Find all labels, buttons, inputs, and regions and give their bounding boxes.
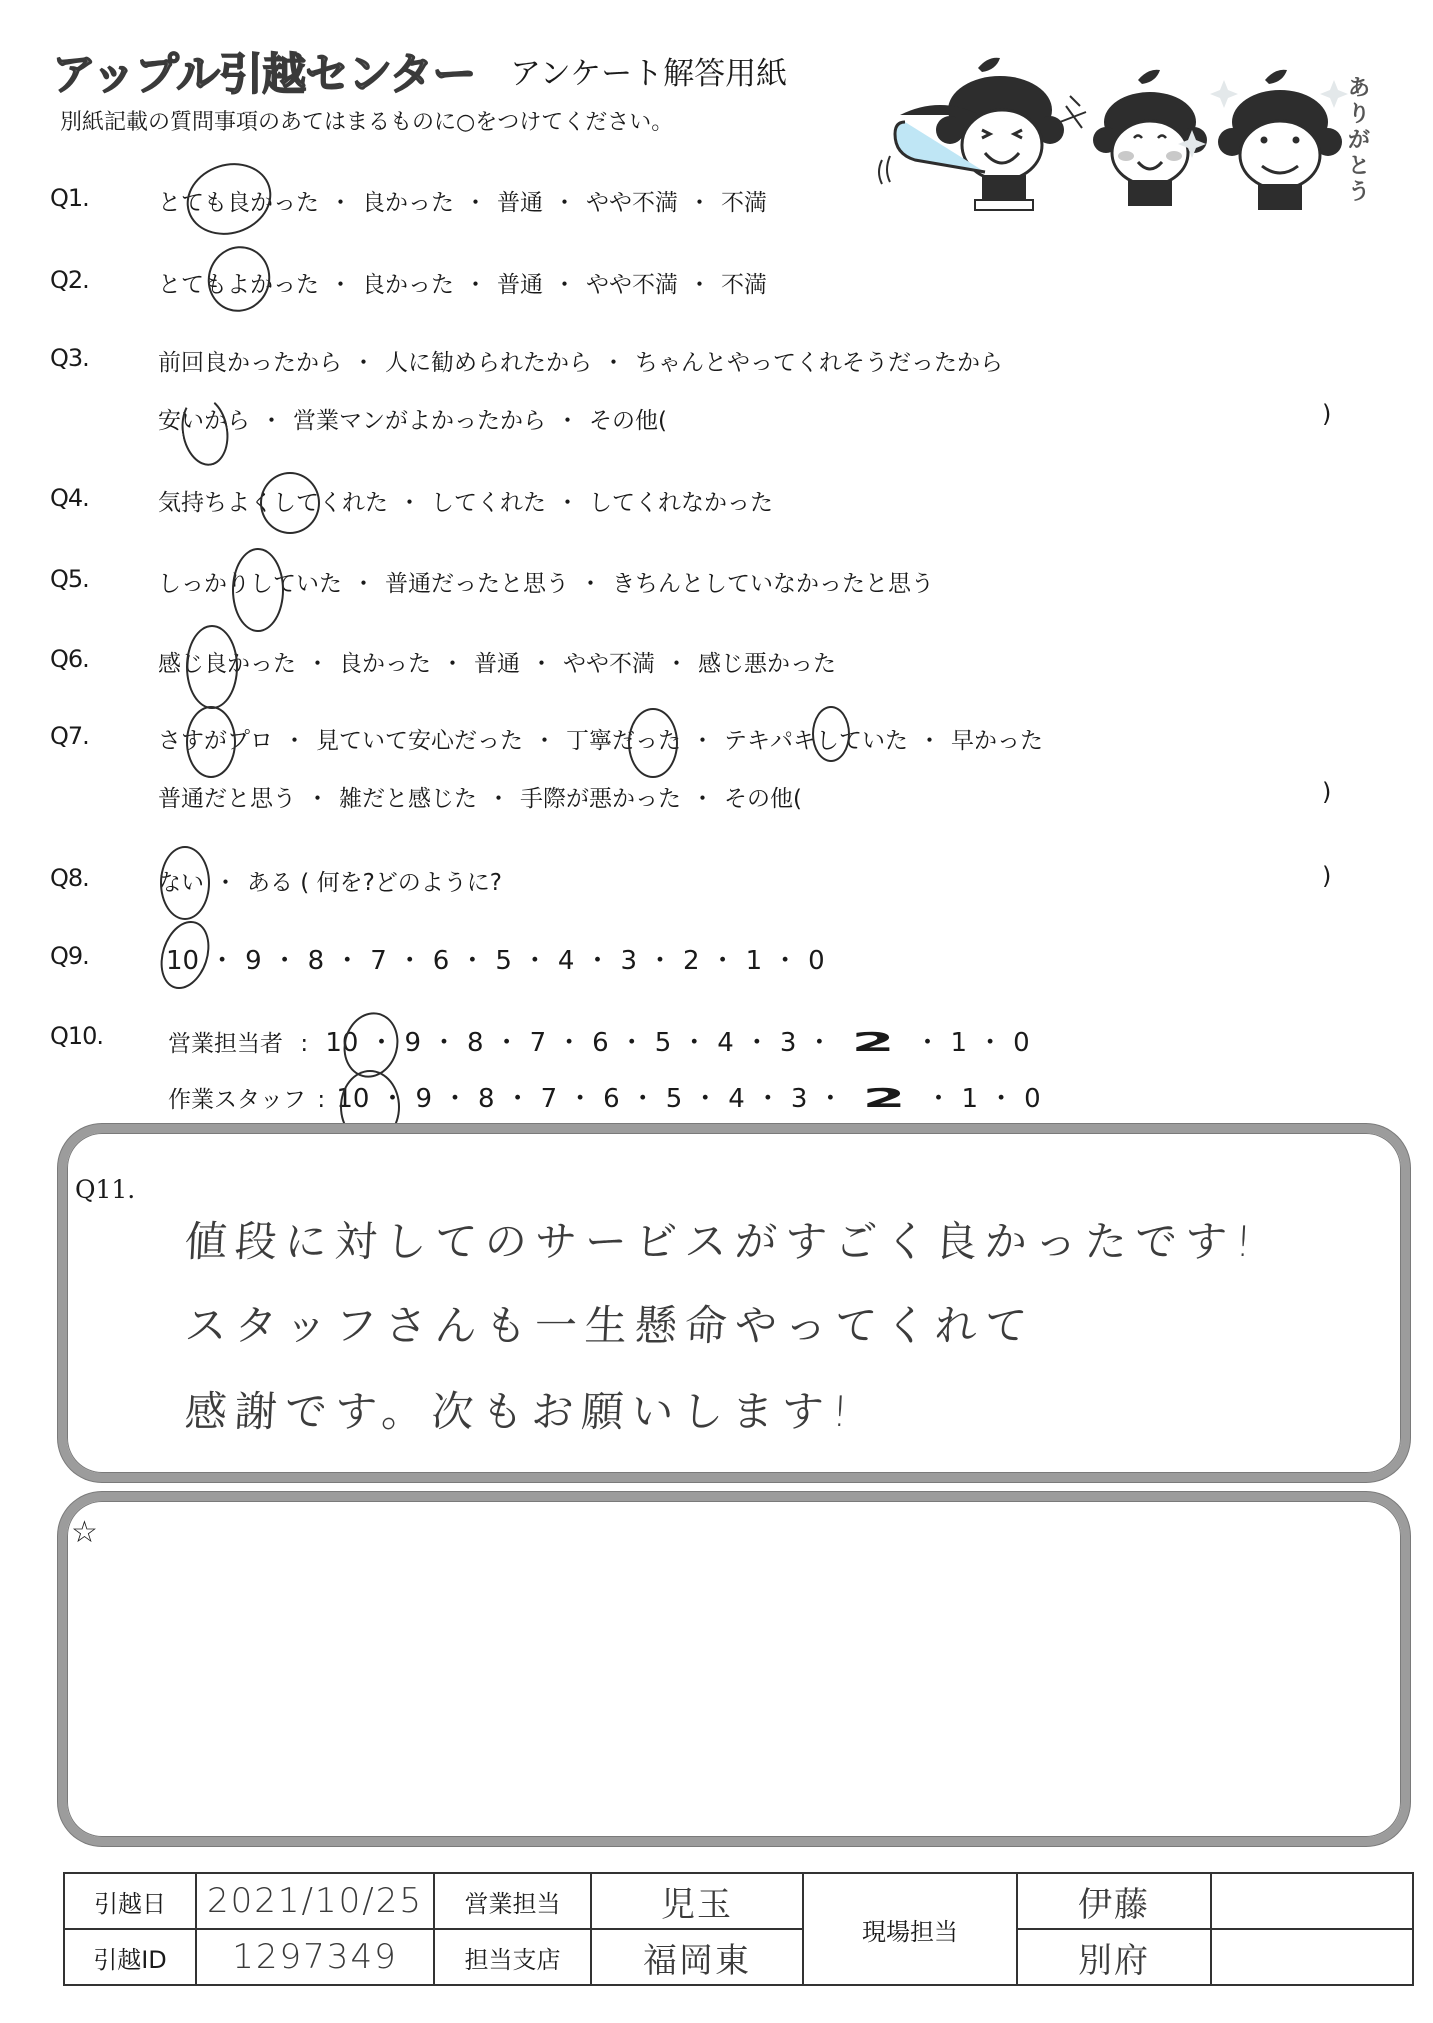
move-date-label: 引越日 xyxy=(64,1873,196,1929)
q3-option[interactable]: その他( xyxy=(589,408,667,434)
field-staff-value: 別府 xyxy=(1017,1929,1211,1985)
q11-label: Q11. xyxy=(75,1175,135,1204)
selection-circle xyxy=(232,548,284,632)
q11-comment-line: 値段に対してのサービスがすごく良かったです! xyxy=(183,1209,1261,1269)
mascot-caption: ありがとう xyxy=(1348,76,1372,206)
q9-score[interactable]: 1 xyxy=(746,946,763,976)
q9-score[interactable]: 6 xyxy=(433,946,450,976)
q9-score[interactable]: 4 xyxy=(558,946,575,976)
q8-label: Q8. xyxy=(50,864,89,892)
move-date-value: 2021/10/25 xyxy=(196,1873,434,1929)
q2-option[interactable]: 良かった xyxy=(362,272,454,298)
q1-option[interactable]: 不満 xyxy=(721,190,767,216)
q10-sales-score[interactable]: 2 xyxy=(852,1028,895,1058)
q6-option[interactable]: 感じ悪かった xyxy=(698,651,836,677)
q7-label: Q7. xyxy=(50,722,89,750)
selection-circle xyxy=(177,152,280,245)
mascot-illustration: ありがとう xyxy=(870,50,1390,220)
q3-option[interactable]: 前回良かったから xyxy=(158,350,342,376)
extra-cell xyxy=(1211,1873,1413,1929)
instruction-text: 別紙記載の質問事項のあてはまるものに○をつけてください。 xyxy=(60,105,673,136)
q7-option[interactable]: 雑だと感じた xyxy=(339,786,477,812)
q6-options: 感じ良かった・良かった・普通・やや不満・感じ悪かった xyxy=(158,645,836,678)
selection-circle xyxy=(199,237,280,320)
q10-staff-score[interactable]: 9 xyxy=(415,1084,432,1114)
star-icon: ☆ xyxy=(71,1515,98,1550)
q10-staff-score[interactable]: 8 xyxy=(478,1084,495,1114)
q1-option[interactable]: 普通 xyxy=(497,190,543,216)
q1-option[interactable]: やや不満 xyxy=(586,190,678,216)
q7-close-paren: ) xyxy=(1322,778,1331,806)
q2-label: Q2. xyxy=(50,266,89,294)
q7-options-line1: さすがプロ・見ていて安心だった・丁寧だった・テキパキしていた・早かった xyxy=(158,722,1043,755)
company-title: アップル引越センター xyxy=(52,38,475,102)
q3-close-paren: ) xyxy=(1322,400,1331,428)
q10-staff-row: 作業スタッフ : 10・9・8・7・6・5・4・3・2・1・0 xyxy=(168,1078,1041,1115)
q10-sales-score[interactable]: 6 xyxy=(592,1028,609,1058)
q4-option[interactable]: してくれた xyxy=(431,490,546,516)
q10-sales-score[interactable]: 3 xyxy=(780,1028,797,1058)
selection-circle xyxy=(152,915,217,996)
q6-option[interactable]: 良かった xyxy=(339,651,431,677)
q2-option[interactable]: やや不満 xyxy=(586,272,678,298)
q2-option[interactable]: 不満 xyxy=(721,272,767,298)
q5-option[interactable]: 普通だったと思う xyxy=(385,571,569,597)
q10-sales-label: 営業担当者 xyxy=(168,1031,283,1057)
move-info-table: 引越日 2021/10/25 営業担当 児玉 現場担当 伊藤 引越ID 1297… xyxy=(63,1872,1414,1986)
q7-option[interactable]: その他( xyxy=(724,786,802,812)
q3-option[interactable]: ちゃんとやってくれそうだったから xyxy=(635,350,1003,376)
q9-scale: 10・9・8・7・6・5・4・3・2・1・0 xyxy=(166,940,825,977)
q8-close-paren: ) xyxy=(1322,862,1331,890)
selection-circle xyxy=(160,846,210,920)
q9-score[interactable]: 2 xyxy=(683,946,700,976)
selection-circle xyxy=(186,625,238,709)
q7-option[interactable]: 見ていて安心だった xyxy=(316,728,523,754)
selection-circle xyxy=(628,708,678,778)
q10-staff-score[interactable]: 1 xyxy=(962,1084,979,1114)
q10-staff-score[interactable]: 4 xyxy=(728,1084,745,1114)
q7-options-line2: 普通だと思う・雑だと感じた・手際が悪かった・その他( xyxy=(158,780,802,813)
q5-label: Q5. xyxy=(50,565,89,593)
q4-label: Q4. xyxy=(50,484,89,512)
q4-options: 気持ちよくしてくれた・してくれた・してくれなかった xyxy=(158,484,773,517)
q6-option[interactable]: 普通 xyxy=(474,651,520,677)
move-id-value: 1297349 xyxy=(196,1929,434,1985)
q9-score[interactable]: 7 xyxy=(370,946,387,976)
selection-circle xyxy=(260,472,320,534)
q11-comment-line: 感謝です。次もお願いします! xyxy=(183,1379,858,1439)
q7-option[interactable]: 早かった xyxy=(951,728,1043,754)
q2-option[interactable]: 普通 xyxy=(497,272,543,298)
branch-label: 担当支店 xyxy=(434,1929,591,1985)
field-staff-label: 現場担当 xyxy=(803,1873,1017,1985)
q9-score[interactable]: 0 xyxy=(808,946,825,976)
q10-staff-score[interactable]: 5 xyxy=(666,1084,683,1114)
q10-sales-score[interactable]: 8 xyxy=(467,1028,484,1058)
q11-comment-line: スタッフさんも一生懸命やってくれて xyxy=(183,1293,1036,1353)
q10-sales-score[interactable]: 5 xyxy=(655,1028,672,1058)
monkey-mascots-icon xyxy=(870,50,1390,220)
q9-score[interactable]: 5 xyxy=(495,946,512,976)
form-title: アンケート解答用紙 xyxy=(510,48,787,93)
q10-sales-score[interactable]: 4 xyxy=(717,1028,734,1058)
sales-rep-label: 営業担当 xyxy=(434,1873,591,1929)
q4-option[interactable]: してくれなかった xyxy=(589,490,773,516)
q7-option[interactable]: 手際が悪かった xyxy=(520,786,681,812)
q10-sales-score[interactable]: 7 xyxy=(530,1028,547,1058)
q1-label: Q1. xyxy=(50,184,89,212)
branch-value: 福岡東 xyxy=(591,1929,803,1985)
q10-staff-score[interactable]: 7 xyxy=(541,1084,558,1114)
q9-label: Q9. xyxy=(50,942,89,970)
q11-comment-box[interactable]: Q11. 値段に対してのサービスがすごく良かったです! スタッフさんも一生懸命や… xyxy=(58,1124,1410,1482)
q6-option[interactable]: やや不満 xyxy=(563,651,655,677)
q1-option[interactable]: 良かった xyxy=(362,190,454,216)
q3-options-line1: 前回良かったから・人に勧められたから・ちゃんとやってくれそうだったから xyxy=(158,344,1003,377)
star-comment-box[interactable]: ☆ xyxy=(58,1492,1410,1846)
q8-option[interactable]: ある ( 何を?どのように? xyxy=(247,870,502,896)
selection-circle xyxy=(186,706,236,778)
q10-staff-score[interactable]: 3 xyxy=(791,1084,808,1114)
field-staff-value: 伊藤 xyxy=(1017,1873,1211,1929)
q10-staff-score[interactable]: 6 xyxy=(603,1084,620,1114)
q10-staff-score[interactable]: 0 xyxy=(1024,1084,1041,1114)
q6-label: Q6. xyxy=(50,645,89,673)
q3-options-line2: 安いから・営業マンがよかったから・その他( xyxy=(158,402,667,435)
q10-sales-score[interactable]: 9 xyxy=(404,1028,421,1058)
q10-label: Q10. xyxy=(50,1022,103,1050)
q10-staff-score[interactable]: 2 xyxy=(863,1084,906,1114)
q10-sales-row: 営業担当者 : 10・9・8・7・6・5・4・3・2・1・0 xyxy=(168,1022,1030,1059)
extra-cell xyxy=(1211,1929,1413,1985)
q5-option[interactable]: きちんとしていなかったと思う xyxy=(612,571,934,597)
selection-circle xyxy=(812,706,850,762)
q7-option[interactable]: 普通だと思う xyxy=(158,786,296,812)
q9-score[interactable]: 3 xyxy=(620,946,637,976)
sales-rep-value: 児玉 xyxy=(591,1873,803,1929)
move-id-label: 引越ID xyxy=(64,1929,196,1985)
q9-score[interactable]: 9 xyxy=(245,946,262,976)
q3-option[interactable]: 人に勧められたから xyxy=(385,350,592,376)
q3-label: Q3. xyxy=(50,344,89,372)
q10-staff-label: 作業スタッフ xyxy=(168,1087,306,1113)
q9-score[interactable]: 8 xyxy=(308,946,325,976)
q10-sales-score[interactable]: 0 xyxy=(1013,1028,1030,1058)
q10-sales-score[interactable]: 1 xyxy=(951,1028,968,1058)
q3-option[interactable]: 営業マンがよかったから xyxy=(293,408,546,434)
